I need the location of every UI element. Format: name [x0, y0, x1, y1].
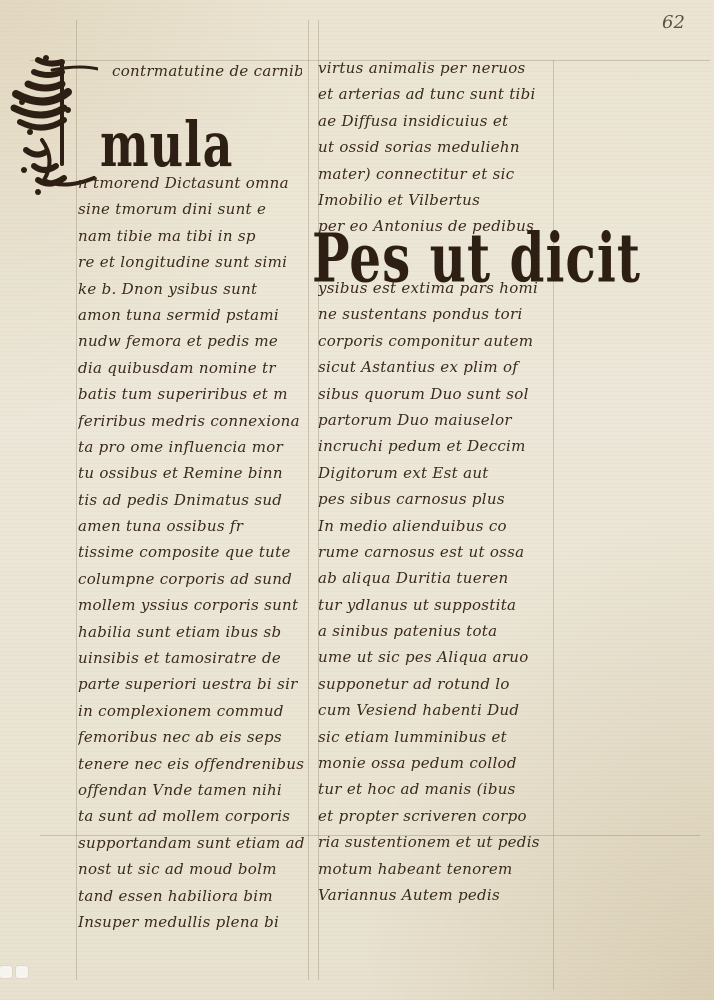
text-line: supponetur ad rotund lo [318, 671, 553, 697]
text-line: nudw femora et pedis me [78, 328, 308, 354]
text-line: batis tum superiribus et m [78, 381, 308, 407]
text-line: tis ad pedis Dnimatus sud [78, 487, 308, 513]
column-a-opening-line: contrmatutine de carnibus [112, 58, 302, 84]
text-line: sine tmorum dini sunt e [78, 196, 308, 222]
text-line: Insuper medullis plena bi [78, 909, 308, 935]
text-line: sic etiam lumminibus et [318, 724, 553, 750]
text-line: ut ossid sorias meduliehn [318, 134, 548, 160]
text-line: corporis componitur autem [318, 328, 553, 354]
text-line: tissime composite que tute [78, 539, 308, 565]
folio-number: 62 [662, 12, 685, 33]
text-line: Imobilio et Vilbertus [318, 187, 548, 213]
text-line: pes sibus carnosus plus [318, 486, 553, 512]
text-line: motum habeant tenorem [318, 856, 553, 882]
text-line: mater) connectitur et sic [318, 161, 548, 187]
text-line: ta sunt ad mollem corporis [78, 803, 308, 829]
text-line: in complexionem commud [78, 698, 308, 724]
text-line: tur et hoc ad manis (ibus [318, 776, 553, 802]
text-line: re et longitudine sunt simi [78, 249, 308, 275]
column-a-text: n tmorend Dictasunt omna sine tmorum din… [78, 170, 308, 935]
text-line: parte superiori uestra bi sir [78, 671, 308, 697]
column-b-opening-text: virtus animalis per neruos et arterias a… [318, 55, 548, 240]
text-line: n tmorend Dictasunt omna [78, 170, 308, 196]
text-line: uinsibis et tamosiratre de [78, 645, 308, 671]
text-line: amen tuna ossibus fr [78, 513, 308, 539]
text-line: partorum Duo maiuselor [318, 407, 553, 433]
text-line: virtus animalis per neruos [318, 55, 548, 81]
text-line: Variannus Autem pedis [318, 882, 553, 908]
text-line: mollem yssius corporis sunt [78, 592, 308, 618]
text-line: amon tuna sermid pstami [78, 302, 308, 328]
text-line: tur ydlanus ut suppostita [318, 592, 553, 618]
text-line: incruchi pedum et Deccim [318, 433, 553, 459]
viewer-control-button-2[interactable] [16, 966, 28, 978]
text-line: contrmatutine de carnibus [112, 58, 302, 84]
viewer-control-button-1[interactable] [0, 966, 12, 978]
text-line: monie ossa pedum collod [318, 750, 553, 776]
text-line: sibus quorum Duo sunt sol [318, 381, 553, 407]
text-line: Digitorum ext Est aut [318, 460, 553, 486]
text-line: ae Diffusa insidicuius et [318, 108, 548, 134]
ruling-line-col-b-right [553, 60, 554, 990]
text-line: nost ut sic ad moud bolm [78, 856, 308, 882]
text-line: ne sustentans pondus tori [318, 301, 553, 327]
text-line: dia quibusdam nomine tr [78, 355, 308, 381]
manuscript-page: 62 contrmatutine de carnibus mula n tmor… [0, 0, 714, 1000]
text-line: nam tibie ma tibi in sp [78, 223, 308, 249]
text-line: feriribus medris connexiona [78, 408, 308, 434]
text-line: In medio alienduibus co [318, 513, 553, 539]
viewer-controls [0, 966, 28, 978]
column-b-text: ysibus est extima pars homi ne sustentan… [318, 275, 553, 908]
text-line: et arterias ad tunc sunt tibi [318, 81, 548, 107]
text-line: femoribus nec ab eis seps [78, 724, 308, 750]
text-line: ta pro ome influencia mor [78, 434, 308, 460]
text-line: supportandam sunt etiam ad [78, 830, 308, 856]
text-line: sicut Astantius ex plim of [318, 354, 553, 380]
text-line: ume ut sic pes Aliqua aruo [318, 644, 553, 670]
text-line: tu ossibus et Remine binn [78, 460, 308, 486]
text-line: offendan Vnde tamen nihi [78, 777, 308, 803]
text-line: ke b. Dnon ysibus sunt [78, 276, 308, 302]
text-line: ab aliqua Duritia tueren [318, 565, 553, 591]
text-line: cum Vesiend habenti Dud [318, 697, 553, 723]
text-line: tand essen habiliora bim [78, 883, 308, 909]
text-line: habilia sunt etiam ibus sb [78, 619, 308, 645]
text-line: columpne corporis ad sund [78, 566, 308, 592]
text-line: a sinibus patenius tota [318, 618, 553, 644]
ruling-line-col-a-right [308, 20, 309, 980]
text-line: ria sustentionem et ut pedis [318, 829, 553, 855]
text-line: ysibus est extima pars homi [318, 275, 553, 301]
text-line: rume carnosus est ut ossa [318, 539, 553, 565]
text-line: tenere nec eis offendrenibus [78, 751, 308, 777]
text-line: et propter scriveren corpo [318, 803, 553, 829]
